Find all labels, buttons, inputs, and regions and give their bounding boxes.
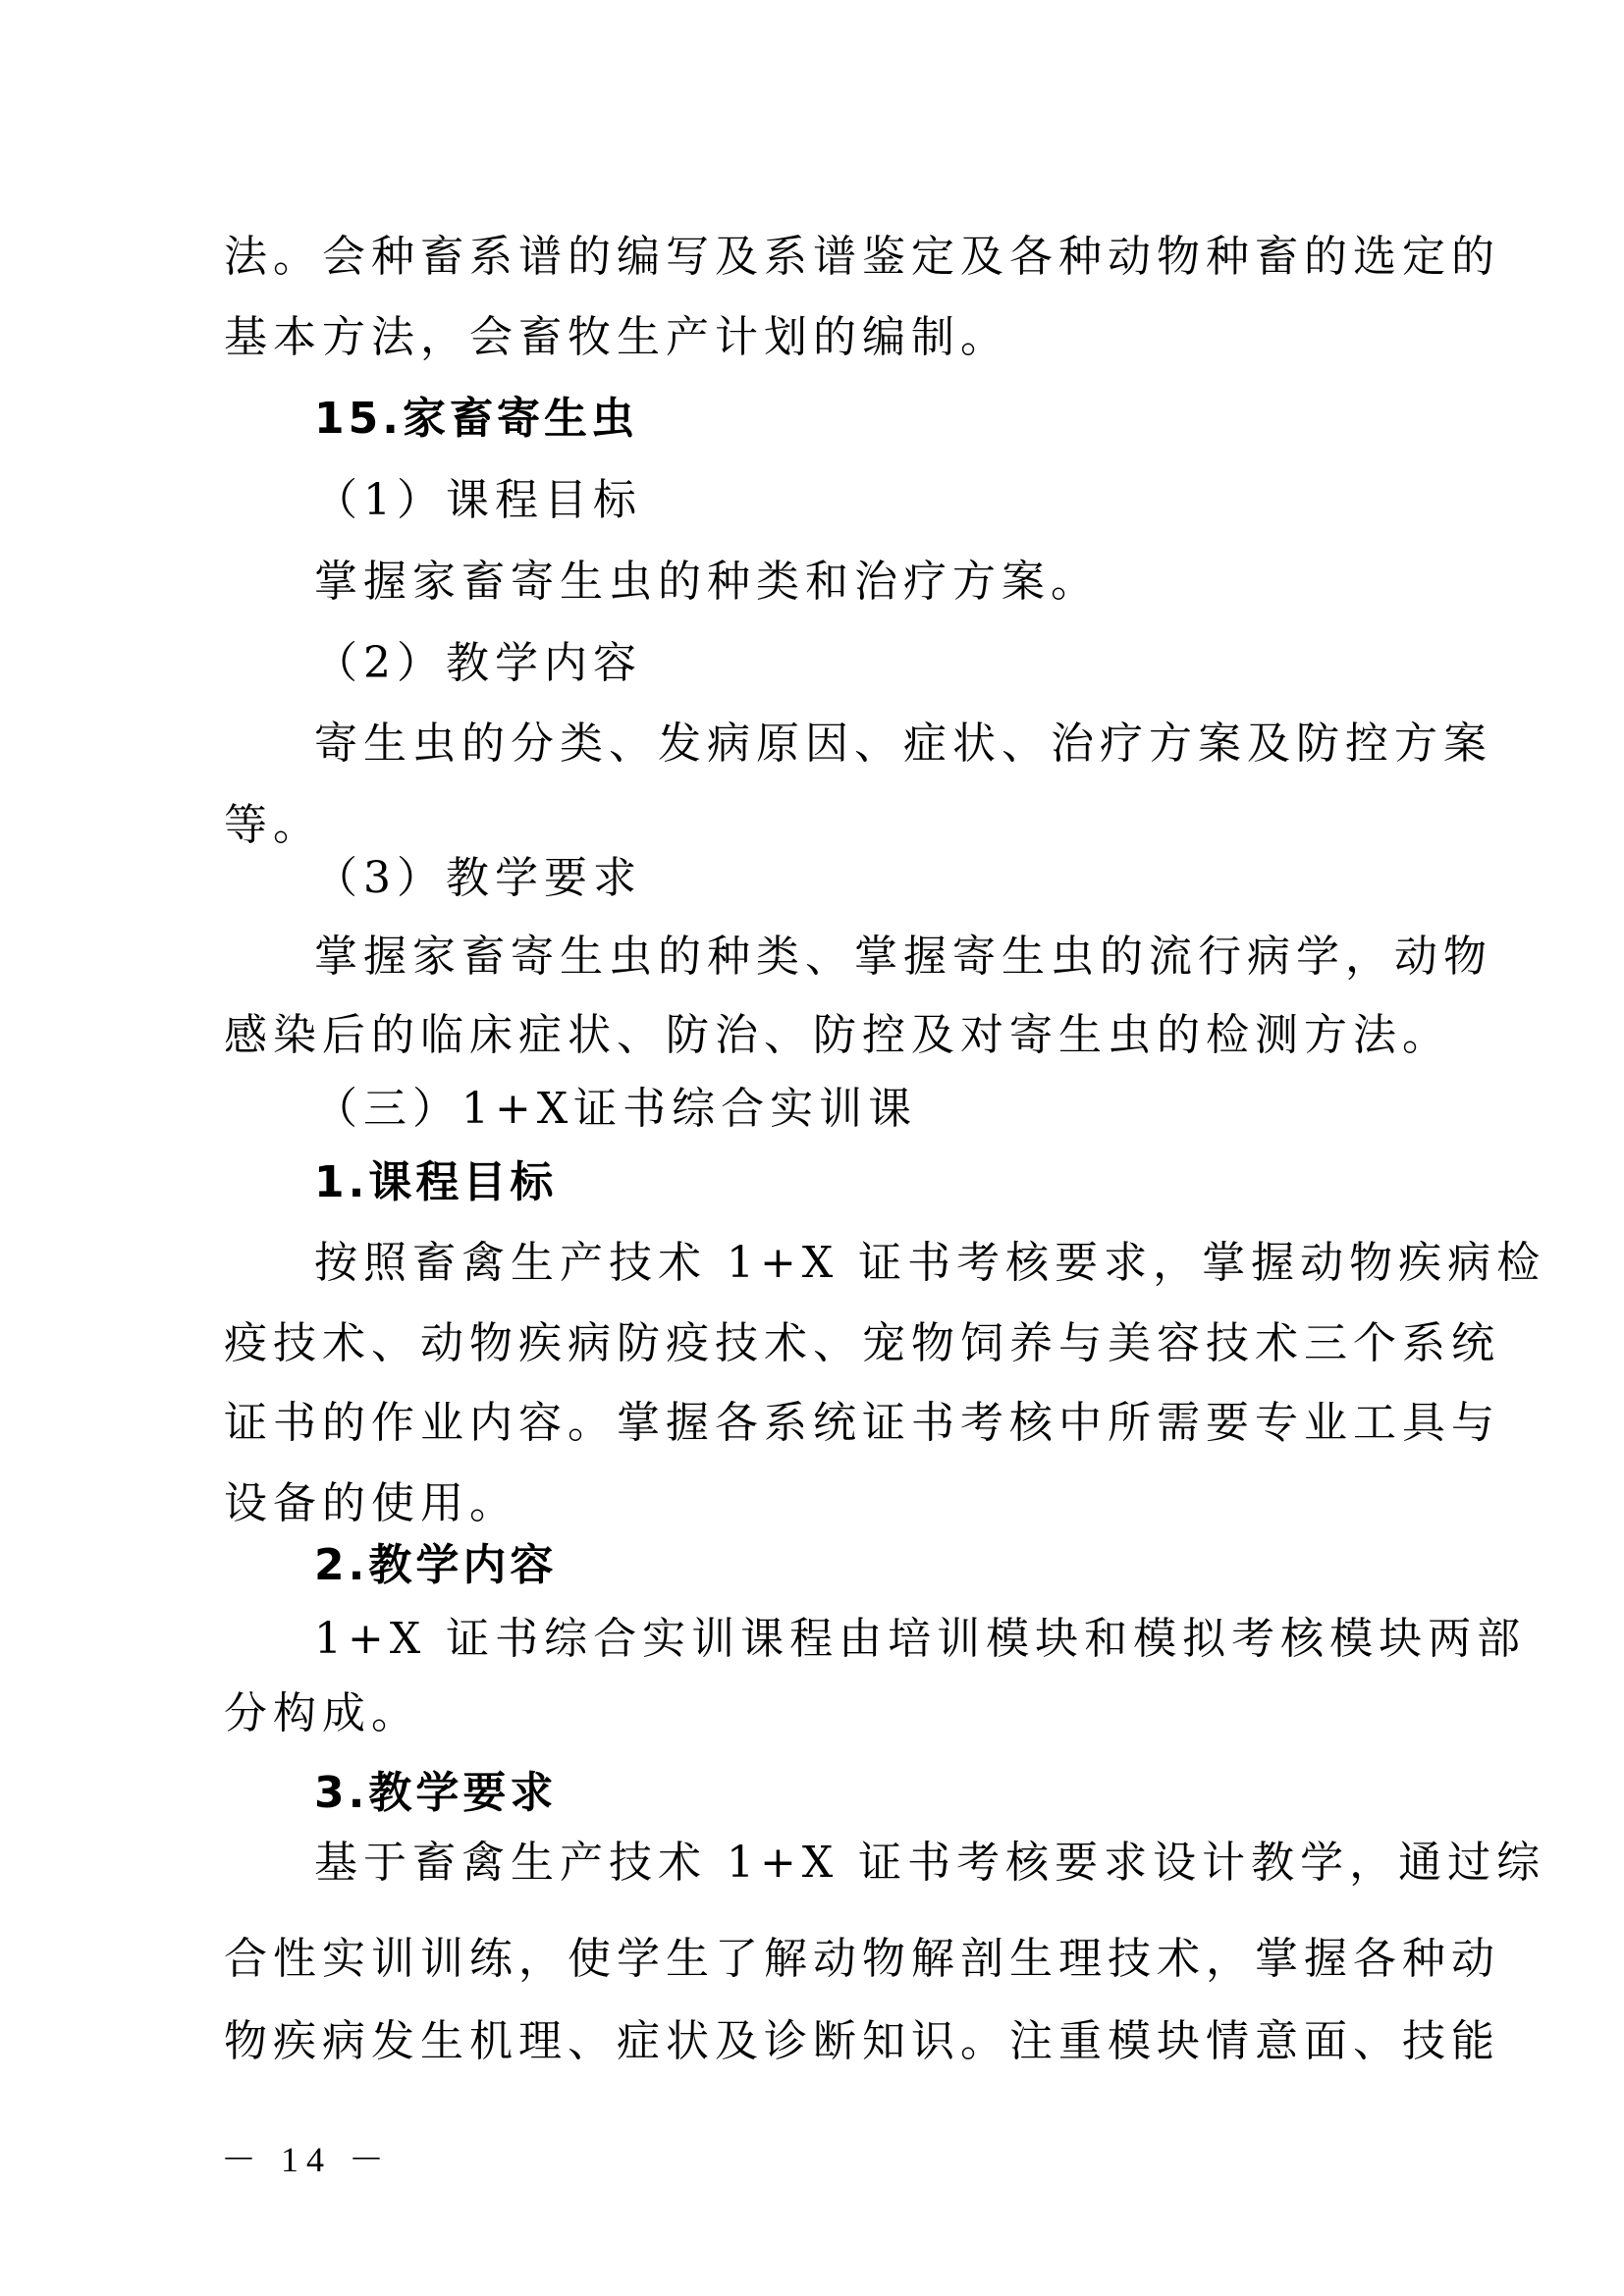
paragraph-line: 感染后的临床症状、防治、防控及对寄生虫的检测方法。	[224, 1006, 1382, 1065]
section-heading: 1.课程目标	[314, 1153, 1473, 1212]
paragraph-line: 掌握家畜寄生虫的种类、掌握寄生虫的流行病学，动物	[314, 928, 1365, 987]
paragraph-line: 寄生虫的分类、发病原因、症状、治疗方案及防控方案	[314, 715, 1382, 774]
section-heading: 3.教学要求	[314, 1764, 1473, 1823]
subsection-heading: （1）课程目标	[314, 471, 1473, 530]
subsection-heading: （3）教学要求	[314, 849, 1473, 908]
paragraph-line: 合性实训训练，使学生了解动物解剖生理技术，掌握各种动	[224, 1930, 1382, 1989]
paragraph-line: 疫技术、动物疾病防疫技术、宠物饲养与美容技术三个系统	[224, 1314, 1370, 1373]
paragraph-line: 1+X 证书综合实训课程由培训模块和模拟考核模块两部	[314, 1610, 1360, 1669]
paragraph-line: 基本方法，会畜牧生产计划的编制。	[224, 308, 1382, 367]
page-number: － 14 －	[221, 2135, 392, 2184]
paragraph-line: 掌握家畜寄生虫的种类和治疗方案。	[314, 553, 1473, 612]
paragraph-line: 分构成。	[224, 1684, 1382, 1743]
paragraph-line: 按照畜禽生产技术 1+X 证书考核要求，掌握动物疾病检	[314, 1234, 1370, 1293]
document-page: 法。会种畜系谱的编写及系谱鉴定及各种动物种畜的选定的 基本方法，会畜牧生产计划的…	[0, 0, 1624, 2296]
paragraph-line: 证书的作业内容。掌握各系统证书考核中所需要专业工具与	[224, 1394, 1368, 1453]
section-heading: 2.教学内容	[314, 1536, 1473, 1595]
paragraph-line: 法。会种畜系谱的编写及系谱鉴定及各种动物种畜的选定的	[224, 228, 1382, 287]
subsection-heading: （三）1+X证书综合实训课	[314, 1080, 1473, 1139]
paragraph-line: 设备的使用。	[224, 1474, 1382, 1533]
paragraph-line: 物疾病发生机理、症状及诊断知识。注重模块情意面、技能	[224, 2012, 1382, 2071]
section-heading: 15.家畜寄生虫	[314, 390, 1473, 449]
paragraph-line: 等。	[224, 796, 1382, 855]
paragraph-line: 基于畜禽生产技术 1+X 证书考核要求设计教学，通过综	[314, 1834, 1384, 1893]
subsection-heading: （2）教学内容	[314, 634, 1473, 693]
